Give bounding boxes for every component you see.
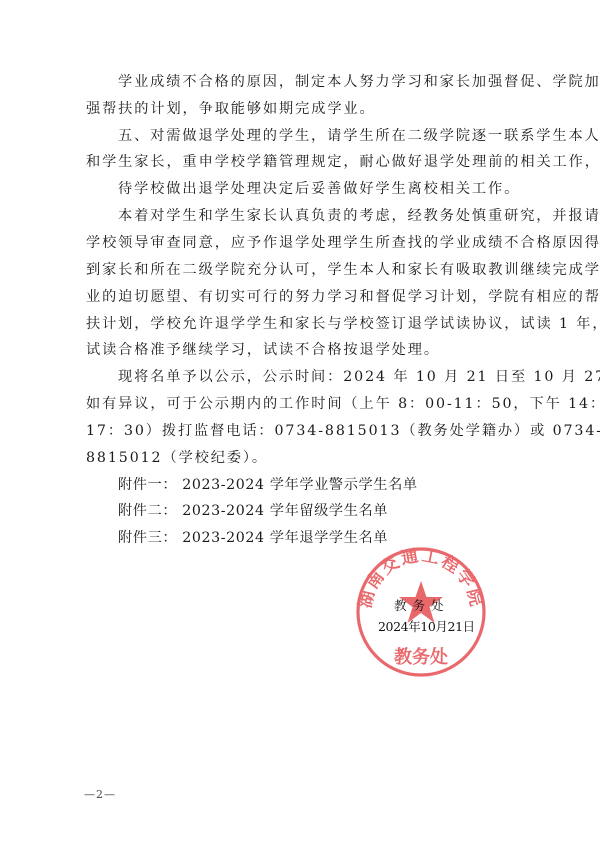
paragraph-line: 强帮扶的计划，争取能够如期完成学业。 xyxy=(86,99,542,119)
signature-office: 教 务 处 xyxy=(394,596,444,614)
attachment-item: 附件二： 2023-2024 学年留级学生名单 xyxy=(118,501,542,521)
paragraph-line: 学校领导审查同意，应予作退学处理学生所查找的学业成绩不合格原因得 xyxy=(86,233,542,253)
paragraph-line: 五、对需做退学处理的学生，请学生所在二级学院逐一联系学生本人 xyxy=(118,126,542,146)
stamp-center-text: 教务处 xyxy=(393,646,448,668)
signature-date: 2024年10月21日 xyxy=(378,617,475,635)
paragraph-line: 本着对学生和学生家长认真负责的考虑，经教务处慎重研究，并报请 xyxy=(118,206,542,226)
page-number: —2— xyxy=(84,788,116,801)
paragraph-line: 8815012（学校纪委）。 xyxy=(86,448,542,468)
attachment-item: 附件一： 2023-2024 学年学业警示学生名单 xyxy=(118,475,542,495)
paragraph-line: 到家长和所在二级学院充分认可，学生本人和家长有吸取教训继续完成学 xyxy=(86,260,542,280)
paragraph-line: 和学生家长，重申学校学籍管理规定，耐心做好退学处理前的相关工作， xyxy=(86,152,542,172)
paragraph-line: 如有异议，可于公示期内的工作时间（上午 8：00-11：50，下午 14：30- xyxy=(86,394,542,414)
paragraph-line: 现将名单予以公示，公示时间：2024 年 10 月 21 日至 10 月 27 … xyxy=(118,367,542,387)
paragraph-line: 待学校做出退学处理决定后妥善做好学生离校相关工作。 xyxy=(118,179,542,199)
paragraph-line: 学业成绩不合格的原因，制定本人努力学习和家长加强督促、学院加 xyxy=(118,72,542,92)
paragraph-line: 试读合格准予继续学习，试读不合格按退学处理。 xyxy=(86,340,542,360)
paragraph-line: 17：30）拨打监督电话：0734-8815013（教务处学籍办）或 0734- xyxy=(86,421,542,441)
document-page: 学业成绩不合格的原因，制定本人努力学习和家长加强督促、学院加 强帮扶的计划，争取… xyxy=(0,0,600,848)
paragraph-line: 扶计划，学校允许退学学生和家长与学校签订退学试读协议，试读 1 年， xyxy=(86,314,542,334)
paragraph-line: 业的迫切愿望、有切实可行的努力学习和督促学习计划，学院有相应的帮 xyxy=(86,287,542,307)
